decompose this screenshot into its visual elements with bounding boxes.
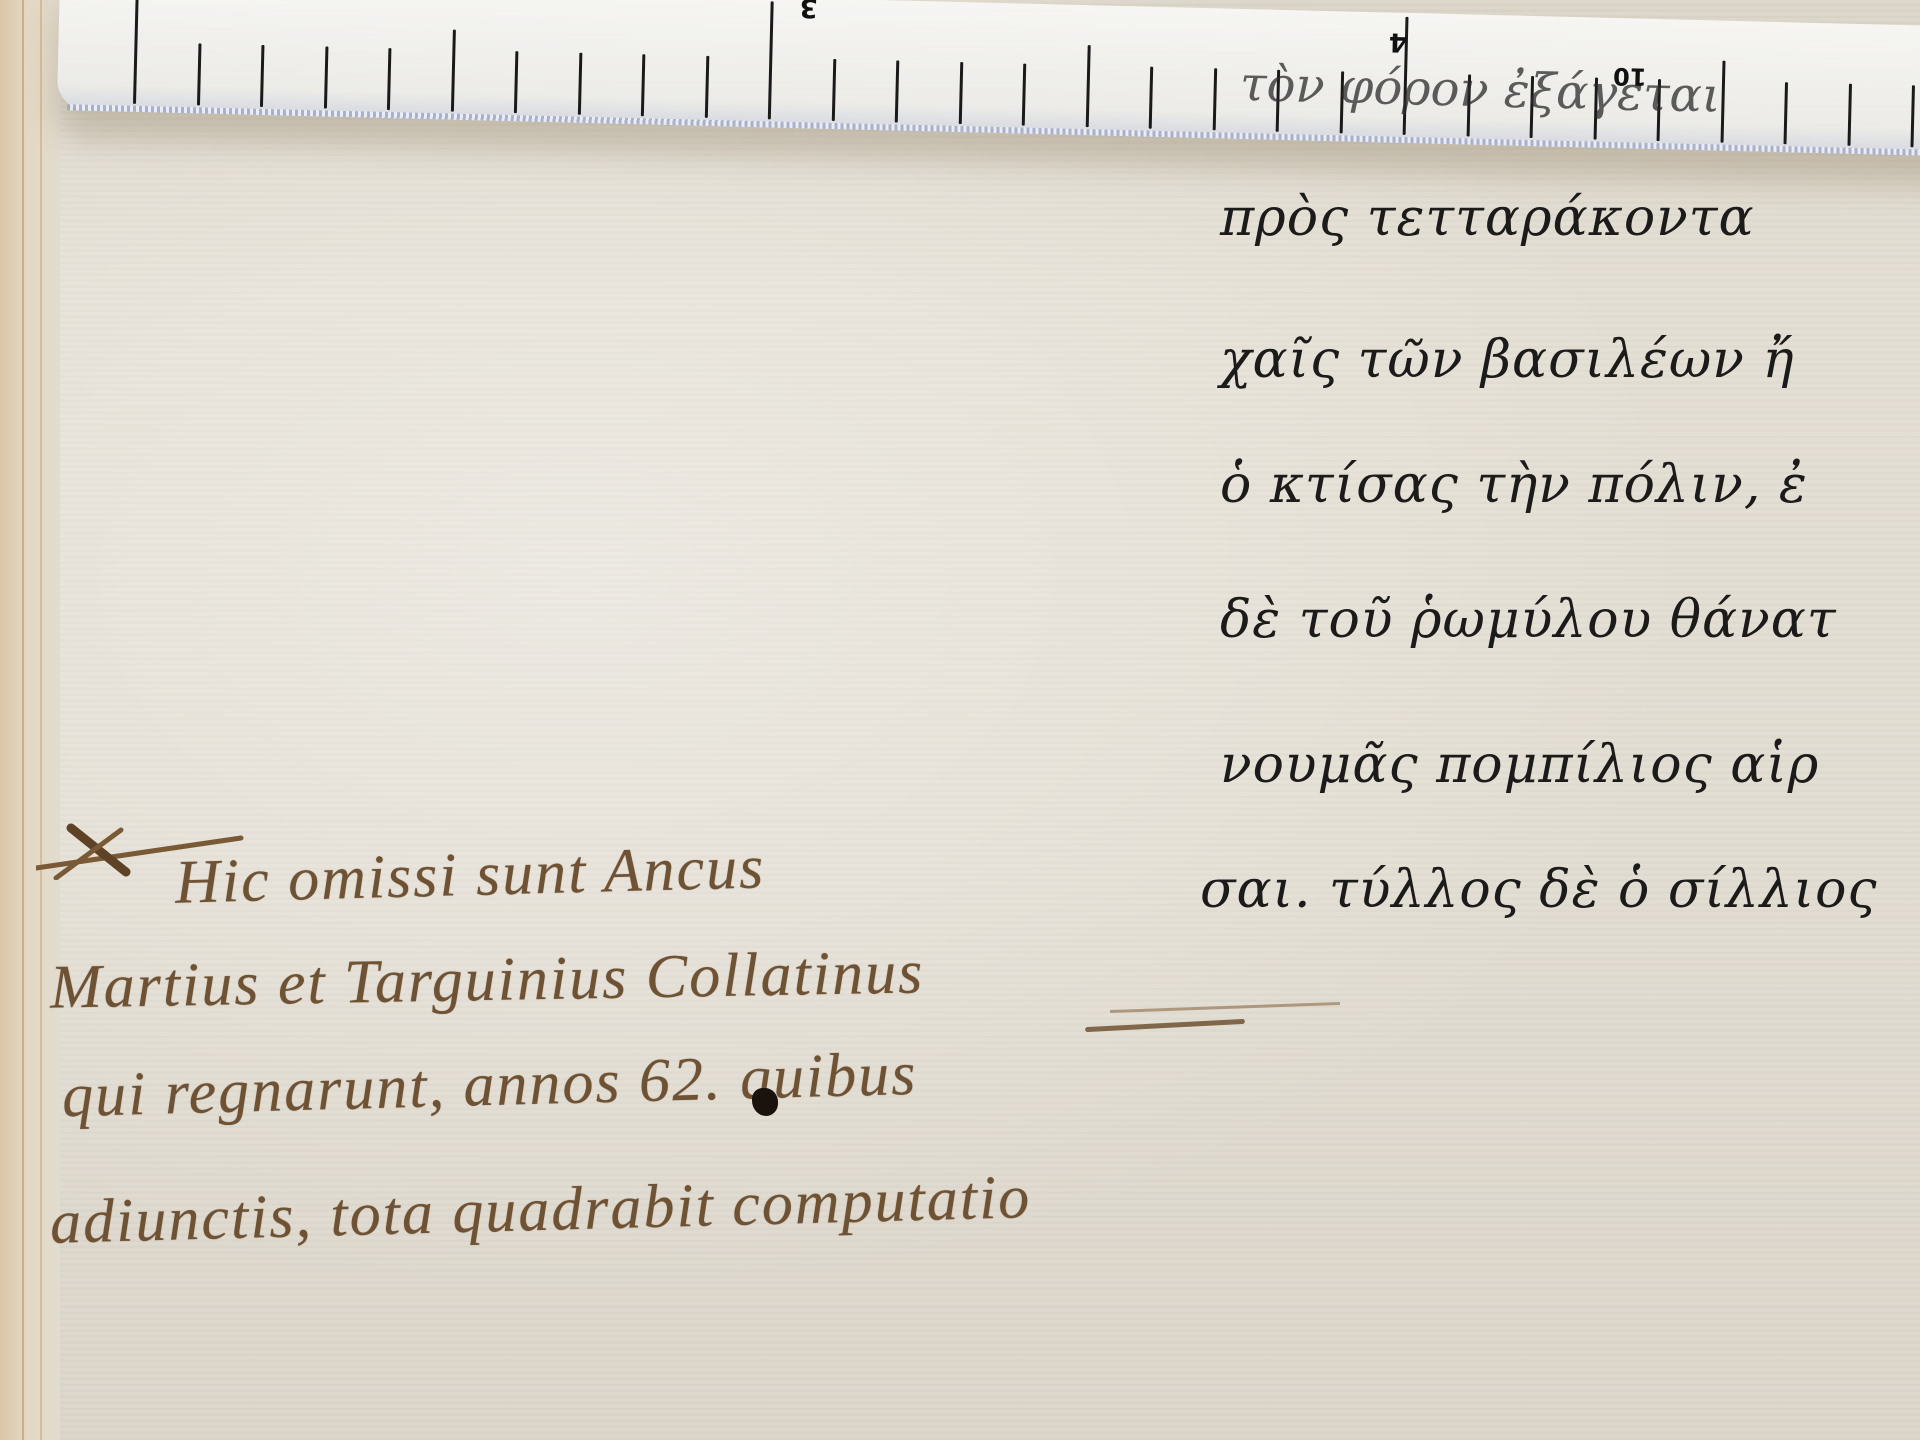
- greek-line: πρὸς τετταράκοντα: [1220, 188, 1755, 248]
- greek-line: χαῖς τῶν βασιλέων ἤ: [1220, 330, 1795, 390]
- ruler-number-4: 4: [1389, 26, 1408, 56]
- greek-line: ὁ κτίσας τὴν πόλιν, ἐ: [1220, 455, 1808, 515]
- ruler-tick: [1847, 84, 1852, 146]
- ruler-tick: [577, 53, 582, 115]
- ruler-tick: [768, 1, 774, 119]
- ruler-tick: [260, 45, 265, 107]
- ruler-tick: [831, 59, 836, 121]
- ruler-tick: [641, 54, 646, 116]
- ruler-tick: [387, 48, 392, 110]
- greek-line: σαι. τύλλος δὲ ὁ σίλλιος: [1200, 860, 1878, 920]
- ruler-tick: [895, 60, 900, 122]
- ruler-tick: [704, 56, 709, 118]
- margin-edge-line: [22, 0, 24, 1440]
- ruler-tick: [1212, 68, 1217, 130]
- ruler-tick: [1910, 85, 1915, 147]
- ruler-tick: [514, 51, 519, 113]
- margin-edge-line: [40, 0, 42, 1440]
- ruler-tick: [1022, 64, 1027, 126]
- ruler-number-3: 3: [799, 0, 818, 23]
- ruler-tick: [450, 30, 455, 112]
- greek-line-under-ruler: τὸν φόρον ἐξάγεται: [1239, 56, 1721, 124]
- ruler-tick: [1149, 67, 1154, 129]
- ruler-tick: [133, 0, 139, 104]
- ruler-tick: [958, 62, 963, 124]
- ruler-tick: [196, 43, 201, 105]
- greek-line: δὲ τοῦ ῥωμύλου θάνατ: [1220, 590, 1837, 650]
- ruler-tick: [323, 46, 328, 108]
- greek-line: νουμᾶς πομπίλιος αἱρ: [1220, 735, 1819, 795]
- ruler-tick: [1784, 82, 1789, 144]
- ink-blot: [752, 1088, 778, 1116]
- ruler-tick: [1085, 45, 1090, 127]
